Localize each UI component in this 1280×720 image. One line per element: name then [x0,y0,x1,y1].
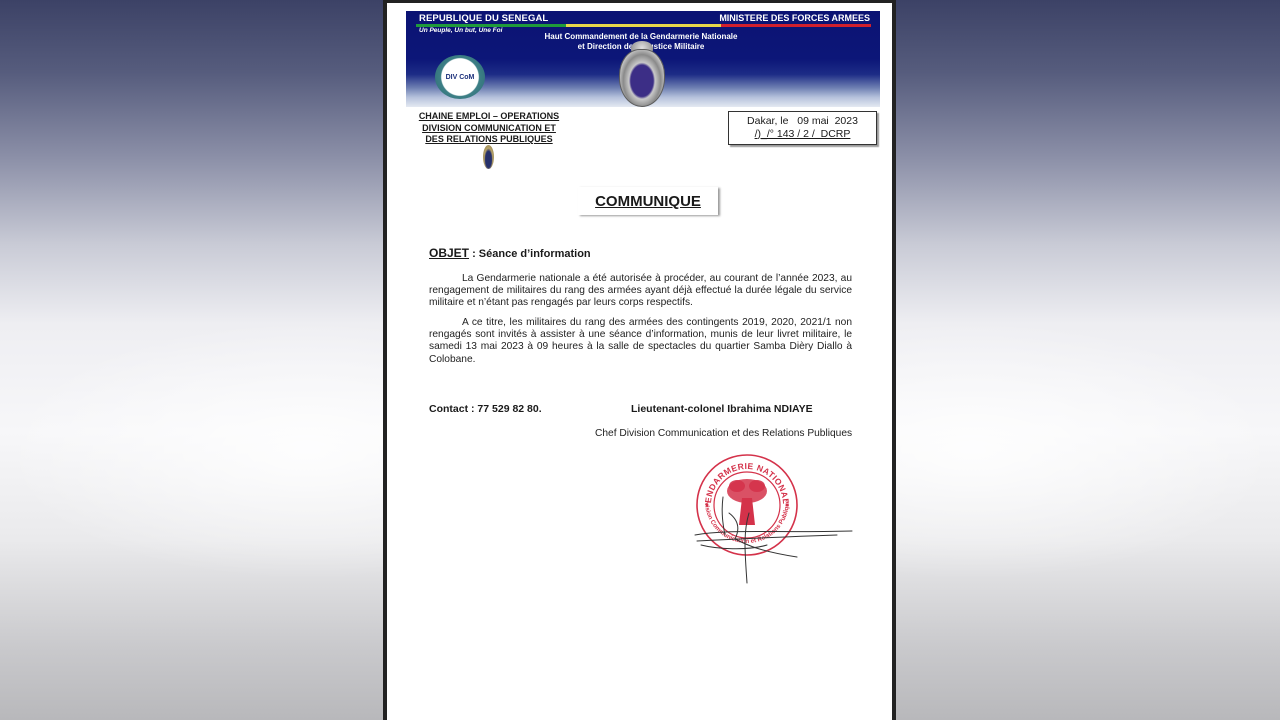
subject-line: OBJET : Séance d’information [429,246,591,260]
official-stamp-icon: GENDARMERIE NATIONALE Division Communica… [687,453,867,588]
republic-label: REPUBLIQUE DU SENEGAL [419,13,548,24]
issuer-line-1: CHAINE EMPLOI – OPERATIONS [404,111,574,123]
signer-name: Lieutenant-colonel Ibrahima NDIAYE [631,403,813,415]
gendarmerie-crest-icon [619,49,665,107]
divcom-logo-icon: DIV CoM [435,55,485,99]
letterhead-banner: REPUBLIQUE DU SENEGAL Un Peuple, Un but,… [406,11,880,107]
issuer-line-2: DIVISION COMMUNICATION ET [404,123,574,135]
subject-value: Séance d’information [479,248,591,260]
medal-icon [483,145,494,169]
signer-title: Chef Division Communication et des Relat… [595,428,852,439]
date-reference-box: Dakar, le 09 mai 2023 /)_/° 143 / 2 / DC… [728,111,877,145]
subject-separator: : [469,248,479,260]
background-glow-left [0,320,384,580]
ministry-label: MINISTERE DES FORCES ARMEES [719,13,870,23]
background-glow-right [896,320,1280,580]
body-paragraph-1: La Gendarmerie nationale a été autorisée… [429,273,852,310]
document-page: REPUBLIQUE DU SENEGAL Un Peuple, Un but,… [387,3,892,720]
national-motto: Un Peuple, Un but, Une Foi [419,27,502,34]
body-paragraph-2: A ce titre, les militaires du rang des a… [429,317,852,366]
place-date: Dakar, le 09 mai 2023 [729,115,876,128]
divcom-logo-text: DIV CoM [446,74,475,81]
contact-line: Contact : 77 529 82 80. [429,403,542,415]
subject-label: OBJET [429,246,469,260]
issuer-block: CHAINE EMPLOI – OPERATIONS DIVISION COMM… [404,111,574,146]
reference-number: /)_/° 143 / 2 / DCRP [729,128,876,141]
document-title: COMMUNIQUE [578,187,718,215]
issuer-line-3: DES RELATIONS PUBLIQUES [404,134,574,146]
